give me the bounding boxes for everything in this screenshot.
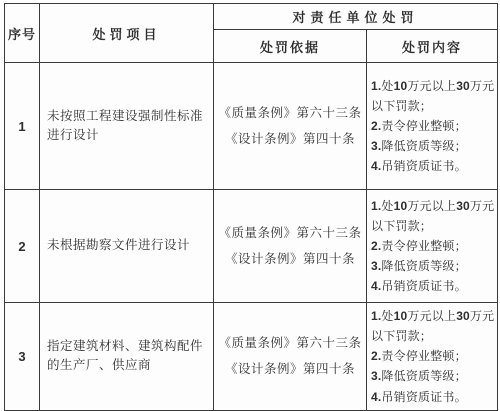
content-line: 4.吊销资质证书。 — [371, 276, 495, 296]
content-line: 4.吊销资质证书。 — [371, 387, 495, 407]
row-serial: 3 — [5, 303, 40, 411]
header-penalty-item: 处罚项目 — [40, 4, 214, 63]
row-serial: 1 — [5, 63, 40, 190]
basis-line: 《质量条例》第六十三条 — [216, 330, 364, 356]
basis-line: 《设计条例》第四十条 — [216, 356, 364, 382]
header-unit-penalty-group: 对责任单位处罚 — [214, 4, 498, 30]
content-line: 1.处10万元以上30万元以下罚款； — [371, 196, 495, 236]
penalty-basis-cell: 《质量条例》第六十三条 《设计条例》第四十条 — [214, 63, 367, 190]
penalty-item-cell: 未按照工程建设强制性标准进行设计 — [40, 63, 214, 190]
table-row: 2 未根据勘察文件进行设计 《质量条例》第六十三条 《设计条例》第四十条 1.处… — [5, 190, 498, 303]
content-line: 3.降低资质等级； — [371, 136, 495, 156]
penalty-table: 序号 处罚项目 对责任单位处罚 处罚依据 处罚内容 1 未按照工程建设强制性标准… — [4, 3, 498, 411]
header-penalty-content: 处罚内容 — [367, 30, 498, 63]
penalty-basis-cell: 《质量条例》第六十三条 《设计条例》第四十条 — [214, 190, 367, 303]
penalty-content-cell: 1.处10万元以上30万元以下罚款； 2.责令停业整顿； 3.降低资质等级； 4… — [367, 303, 498, 411]
penalty-item-cell: 指定建筑材料、建筑构配件的生产厂、供应商 — [40, 303, 214, 411]
content-line: 2.责令停业整顿； — [371, 116, 495, 136]
basis-line: 《设计条例》第四十条 — [216, 246, 364, 272]
table-row: 1 未按照工程建设强制性标准进行设计 《质量条例》第六十三条 《设计条例》第四十… — [5, 63, 498, 190]
basis-line: 《质量条例》第六十三条 — [216, 220, 364, 246]
header-serial-number: 序号 — [5, 4, 40, 63]
header-penalty-basis: 处罚依据 — [214, 30, 367, 63]
basis-line: 《设计条例》第四十条 — [216, 126, 364, 152]
content-line: 4.吊销资质证书。 — [371, 156, 495, 176]
penalty-item-cell: 未根据勘察文件进行设计 — [40, 190, 214, 303]
table-row: 3 指定建筑材料、建筑构配件的生产厂、供应商 《质量条例》第六十三条 《设计条例… — [5, 303, 498, 411]
penalty-basis-cell: 《质量条例》第六十三条 《设计条例》第四十条 — [214, 303, 367, 411]
content-line: 3.降低资质等级； — [371, 256, 495, 276]
penalty-content-cell: 1.处10万元以上30万元以下罚款； 2.责令停业整顿； 3.降低资质等级； 4… — [367, 63, 498, 190]
content-line: 3.降低资质等级； — [371, 366, 495, 386]
content-line: 2.责令停业整顿； — [371, 236, 495, 256]
basis-line: 《质量条例》第六十三条 — [216, 100, 364, 126]
page: 序号 处罚项目 对责任单位处罚 处罚依据 处罚内容 1 未按照工程建设强制性标准… — [0, 0, 500, 410]
content-line: 1.处10万元以上30万元以下罚款； — [371, 306, 495, 346]
content-line: 1.处10万元以上30万元以下罚款； — [371, 76, 495, 116]
row-serial: 2 — [5, 190, 40, 303]
penalty-content-cell: 1.处10万元以上30万元以下罚款； 2.责令停业整顿； 3.降低资质等级； 4… — [367, 190, 498, 303]
content-line: 2.责令停业整顿； — [371, 346, 495, 366]
